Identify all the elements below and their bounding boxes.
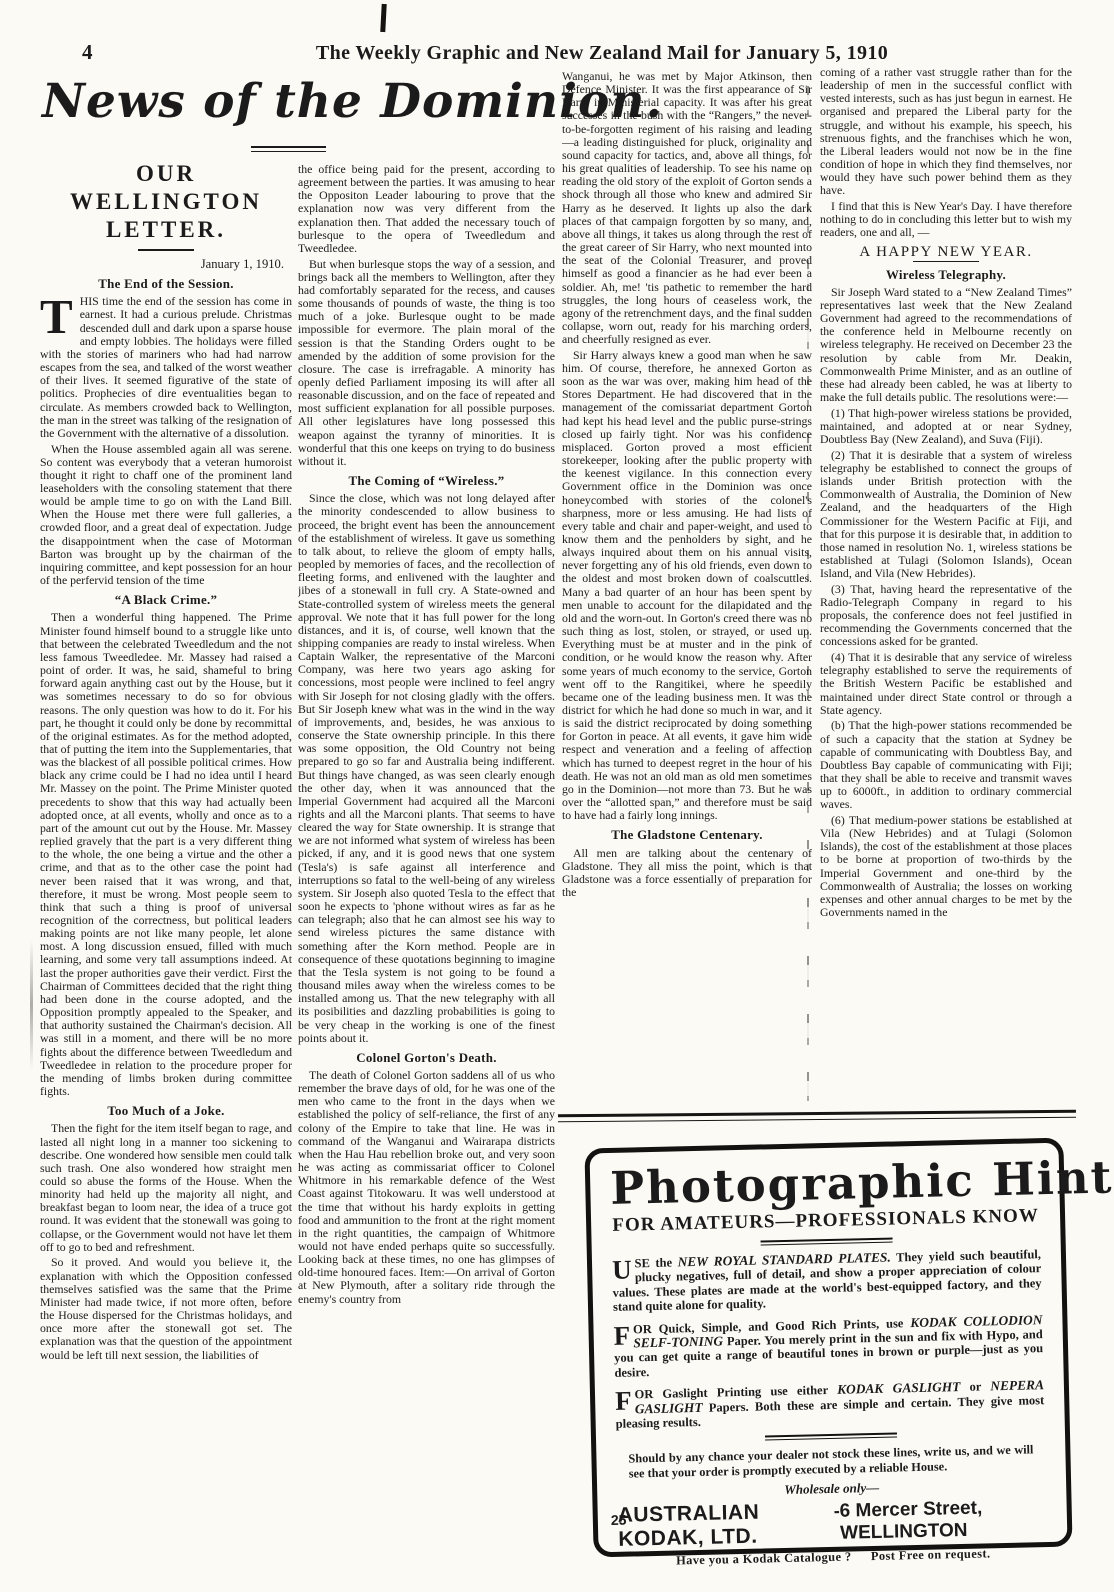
- ad-hint-gaslight: FOR Gaslight Printing use either KODAK G…: [615, 1378, 1045, 1431]
- ad-hint-collodion: FOR Quick, Simple, and Good Rich Prints,…: [613, 1313, 1043, 1380]
- paragraph: I find that this is New Year's Day. I ha…: [820, 200, 1072, 239]
- paragraph: When the House assembled again all was s…: [40, 443, 292, 588]
- resolution-item: (2) That it is desirable that a system o…: [820, 449, 1072, 581]
- ad-hint-text: SE the: [634, 1255, 677, 1270]
- column-separator: [807, 86, 809, 1101]
- short-rule: [913, 261, 979, 262]
- ad-rule: [760, 1238, 892, 1246]
- column-3: Wanganui, he was met by Major Atkinson, …: [562, 70, 812, 1118]
- paragraph: the office being paid for the present, a…: [298, 163, 555, 255]
- ad-hint-plates: USE the NEW ROYAL STANDARD PLATES. They …: [612, 1247, 1042, 1314]
- resolution-item: (b) That the high-power stations recomme…: [820, 719, 1072, 811]
- ad-hint-text: or: [960, 1380, 990, 1395]
- paragraph: Then the fight for the item itself began…: [40, 1122, 292, 1254]
- paragraph: THIS time the end of the session has com…: [40, 295, 292, 440]
- resolution-item: (6) That medium-power stations be establ…: [820, 814, 1072, 919]
- initial-cap: F: [613, 1322, 633, 1347]
- subhead-gladstone-centenary: The Gladstone Centenary.: [562, 829, 812, 842]
- subhead-coming-of-wireless: The Coming of “Wireless.”: [298, 475, 555, 488]
- section-headline: News of the Dominion.: [42, 74, 557, 129]
- paragraph: Wanganui, he was met by Major Atkinson, …: [562, 70, 812, 346]
- title-rule: [138, 249, 194, 251]
- subhead-wireless-telegraphy: Wireless Telegraphy.: [820, 269, 1072, 282]
- paragraph: But when burlesque stops the way of a se…: [298, 258, 555, 469]
- initial-cap: U: [612, 1256, 635, 1282]
- column-4: coming of a rather vast struggle rather …: [820, 66, 1072, 1112]
- print-artifact: [380, 4, 386, 32]
- ad-rule: [764, 1433, 896, 1441]
- subhead-colonel-gortons-death: Colonel Gorton's Death.: [298, 1052, 555, 1065]
- subhead-a-black-crime: “A Black Crime.”: [40, 594, 292, 607]
- paragraph: Sir Harry always knew a good man when he…: [562, 349, 812, 823]
- ad-title: Photographic Hints: [610, 1155, 1040, 1212]
- print-artifact: [30, 940, 33, 1070]
- newspaper-page: 4 The Weekly Graphic and New Zealand Mai…: [0, 0, 1114, 1592]
- paragraph: coming of a rather vast struggle rather …: [820, 66, 1072, 198]
- company-address: 6 Mercer Street, WELLINGTON: [839, 1497, 1047, 1546]
- resolution-item: (1) That high-power wireless stations be…: [820, 407, 1072, 446]
- paragraph: All men are talking about the centenary …: [562, 847, 812, 900]
- ad-key-number: 25: [611, 1512, 627, 1528]
- masthead-title: The Weekly Graphic and New Zealand Mail …: [0, 42, 1114, 65]
- resolution-item: (4) That it is desirable that any servic…: [820, 651, 1072, 717]
- subhead-too-much-of-a-joke: Too Much of a Joke.: [40, 1105, 292, 1118]
- paragraph: Sir Joseph Ward stated to a “New Zealand…: [820, 286, 1072, 404]
- kodak-advertisement: Photographic Hints FOR AMATEURS—PROFESSI…: [584, 1138, 1072, 1558]
- article-title-wellington-letter: OUR WELLINGTON LETTER.: [40, 160, 292, 244]
- catalogue-question: Have you a Kodak Catalogue ?: [676, 1550, 852, 1568]
- paragraph: The death of Colonel Gorton saddens all …: [298, 1069, 555, 1306]
- catalogue-answer: Post Free on request.: [871, 1547, 991, 1564]
- column-2: the office being paid for the present, a…: [298, 163, 555, 1588]
- company-name: AUSTRALIAN KODAK, LTD.: [618, 1499, 835, 1552]
- column-1: OUR WELLINGTON LETTER. January 1, 1910. …: [40, 160, 292, 1588]
- dateline: January 1, 1910.: [40, 258, 284, 271]
- paragraph: So it proved. And would you believe it, …: [40, 1256, 292, 1361]
- company-row: AUSTRALIAN KODAK, LTD. - 6 Mercer Street…: [618, 1495, 1048, 1553]
- paragraph: Then a wonderful thing happened. The Pri…: [40, 611, 292, 1098]
- resolution-item: (3) That, having heard the representativ…: [820, 583, 1072, 649]
- ad-dealer-note: Should by any chance your dealer not sto…: [628, 1443, 1034, 1482]
- paragraph: Since the close, which was not long dela…: [298, 492, 555, 1045]
- drop-cap: T: [40, 295, 80, 337]
- happy-new-year-line: A HAPPY NEW YEAR.: [820, 246, 1072, 259]
- initial-cap: F: [615, 1388, 635, 1413]
- subhead-end-of-session: The End of the Session.: [40, 278, 292, 291]
- headline-rule: [251, 146, 326, 152]
